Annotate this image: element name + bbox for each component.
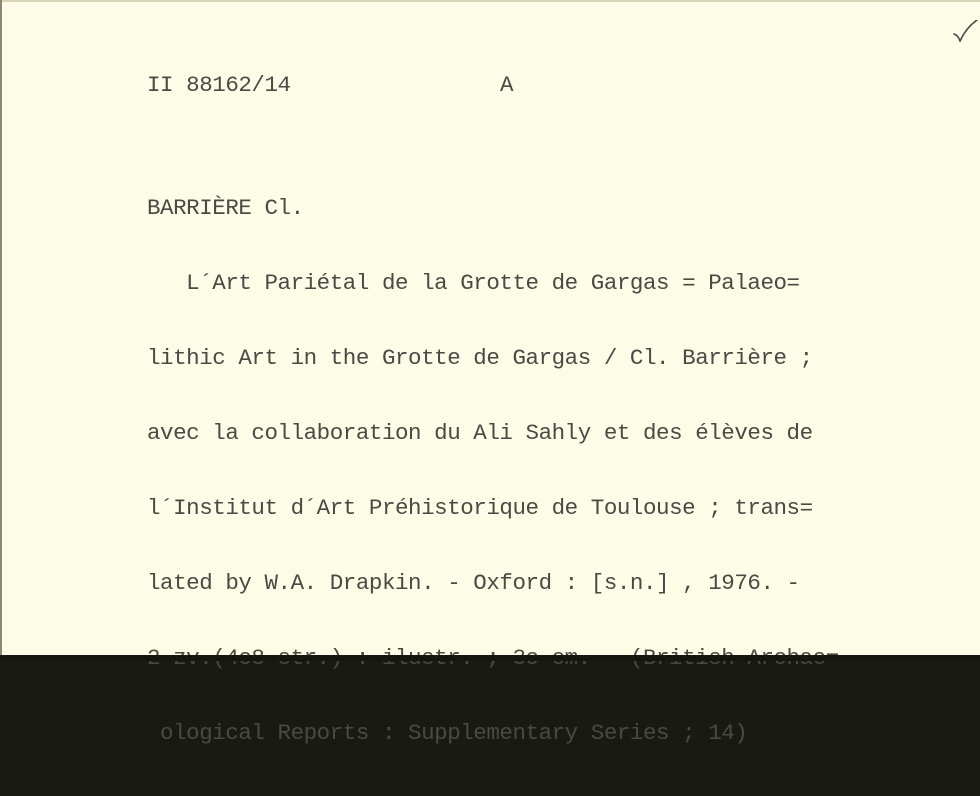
scan-edge bbox=[0, 655, 980, 661]
author-line: BARRIÈRE Cl. bbox=[147, 196, 839, 221]
title-line-2: lithic Art in the Grotte de Gargas / Cl.… bbox=[147, 346, 839, 371]
institution-line: l´Institut d´Art Préhistorique de Toulou… bbox=[147, 496, 839, 521]
catalog-card: II 88162/14 A BARRIÈRE Cl. L´Art Pariéta… bbox=[0, 0, 980, 655]
checkmark-icon bbox=[952, 20, 978, 42]
call-number: II 88162/14 bbox=[147, 73, 291, 98]
bibliographic-entry: BARRIÈRE Cl. L´Art Pariétal de la Grotte… bbox=[147, 146, 839, 661]
copy-mark: A bbox=[500, 73, 513, 98]
contributors-line: avec la collaboration du Ali Sahly et de… bbox=[147, 421, 839, 446]
title-line-1: L´Art Pariétal de la Grotte de Gargas = … bbox=[147, 271, 839, 296]
publication-line: lated by W.A. Drapkin. - Oxford : [s.n.]… bbox=[147, 571, 839, 596]
